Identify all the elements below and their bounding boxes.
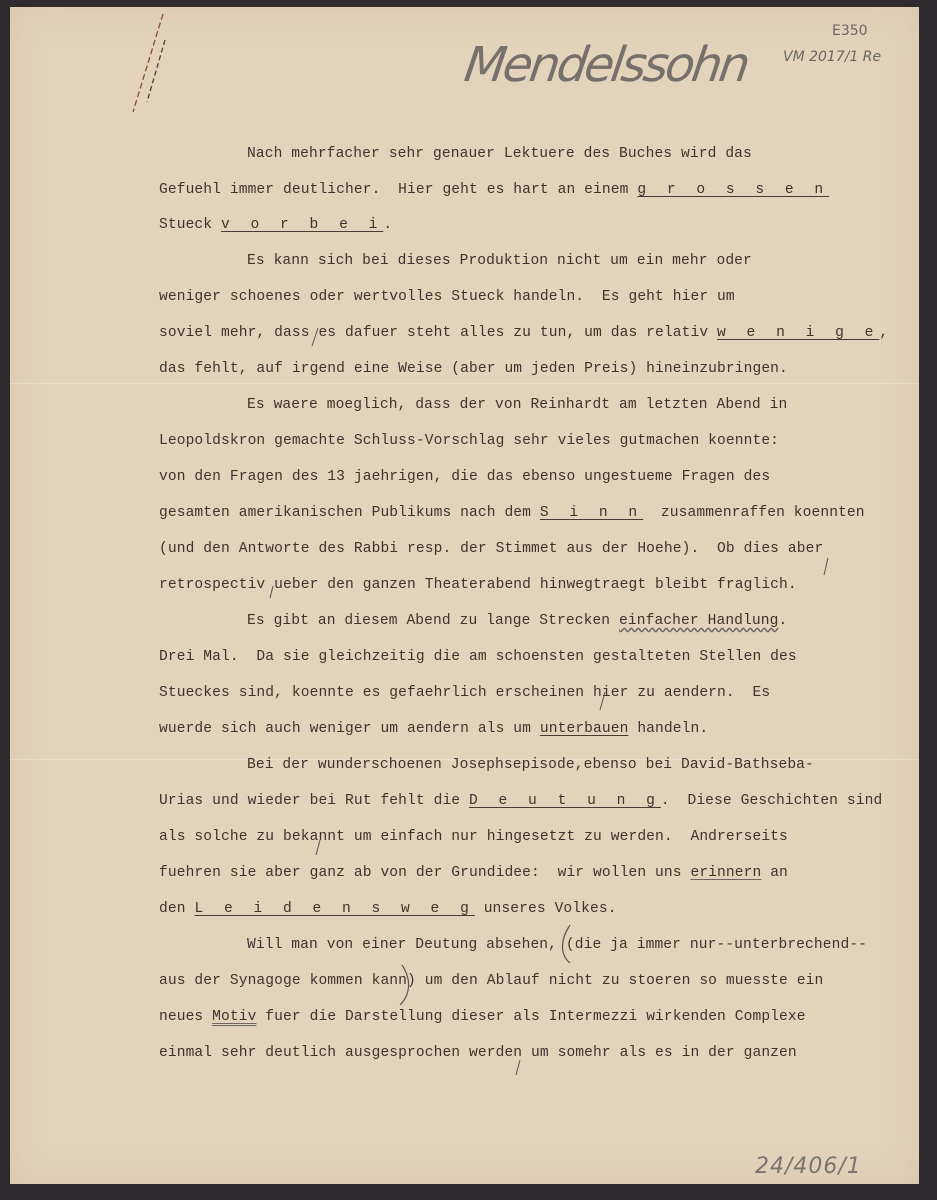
pencil-correction-marks-icon bbox=[0, 0, 937, 1200]
